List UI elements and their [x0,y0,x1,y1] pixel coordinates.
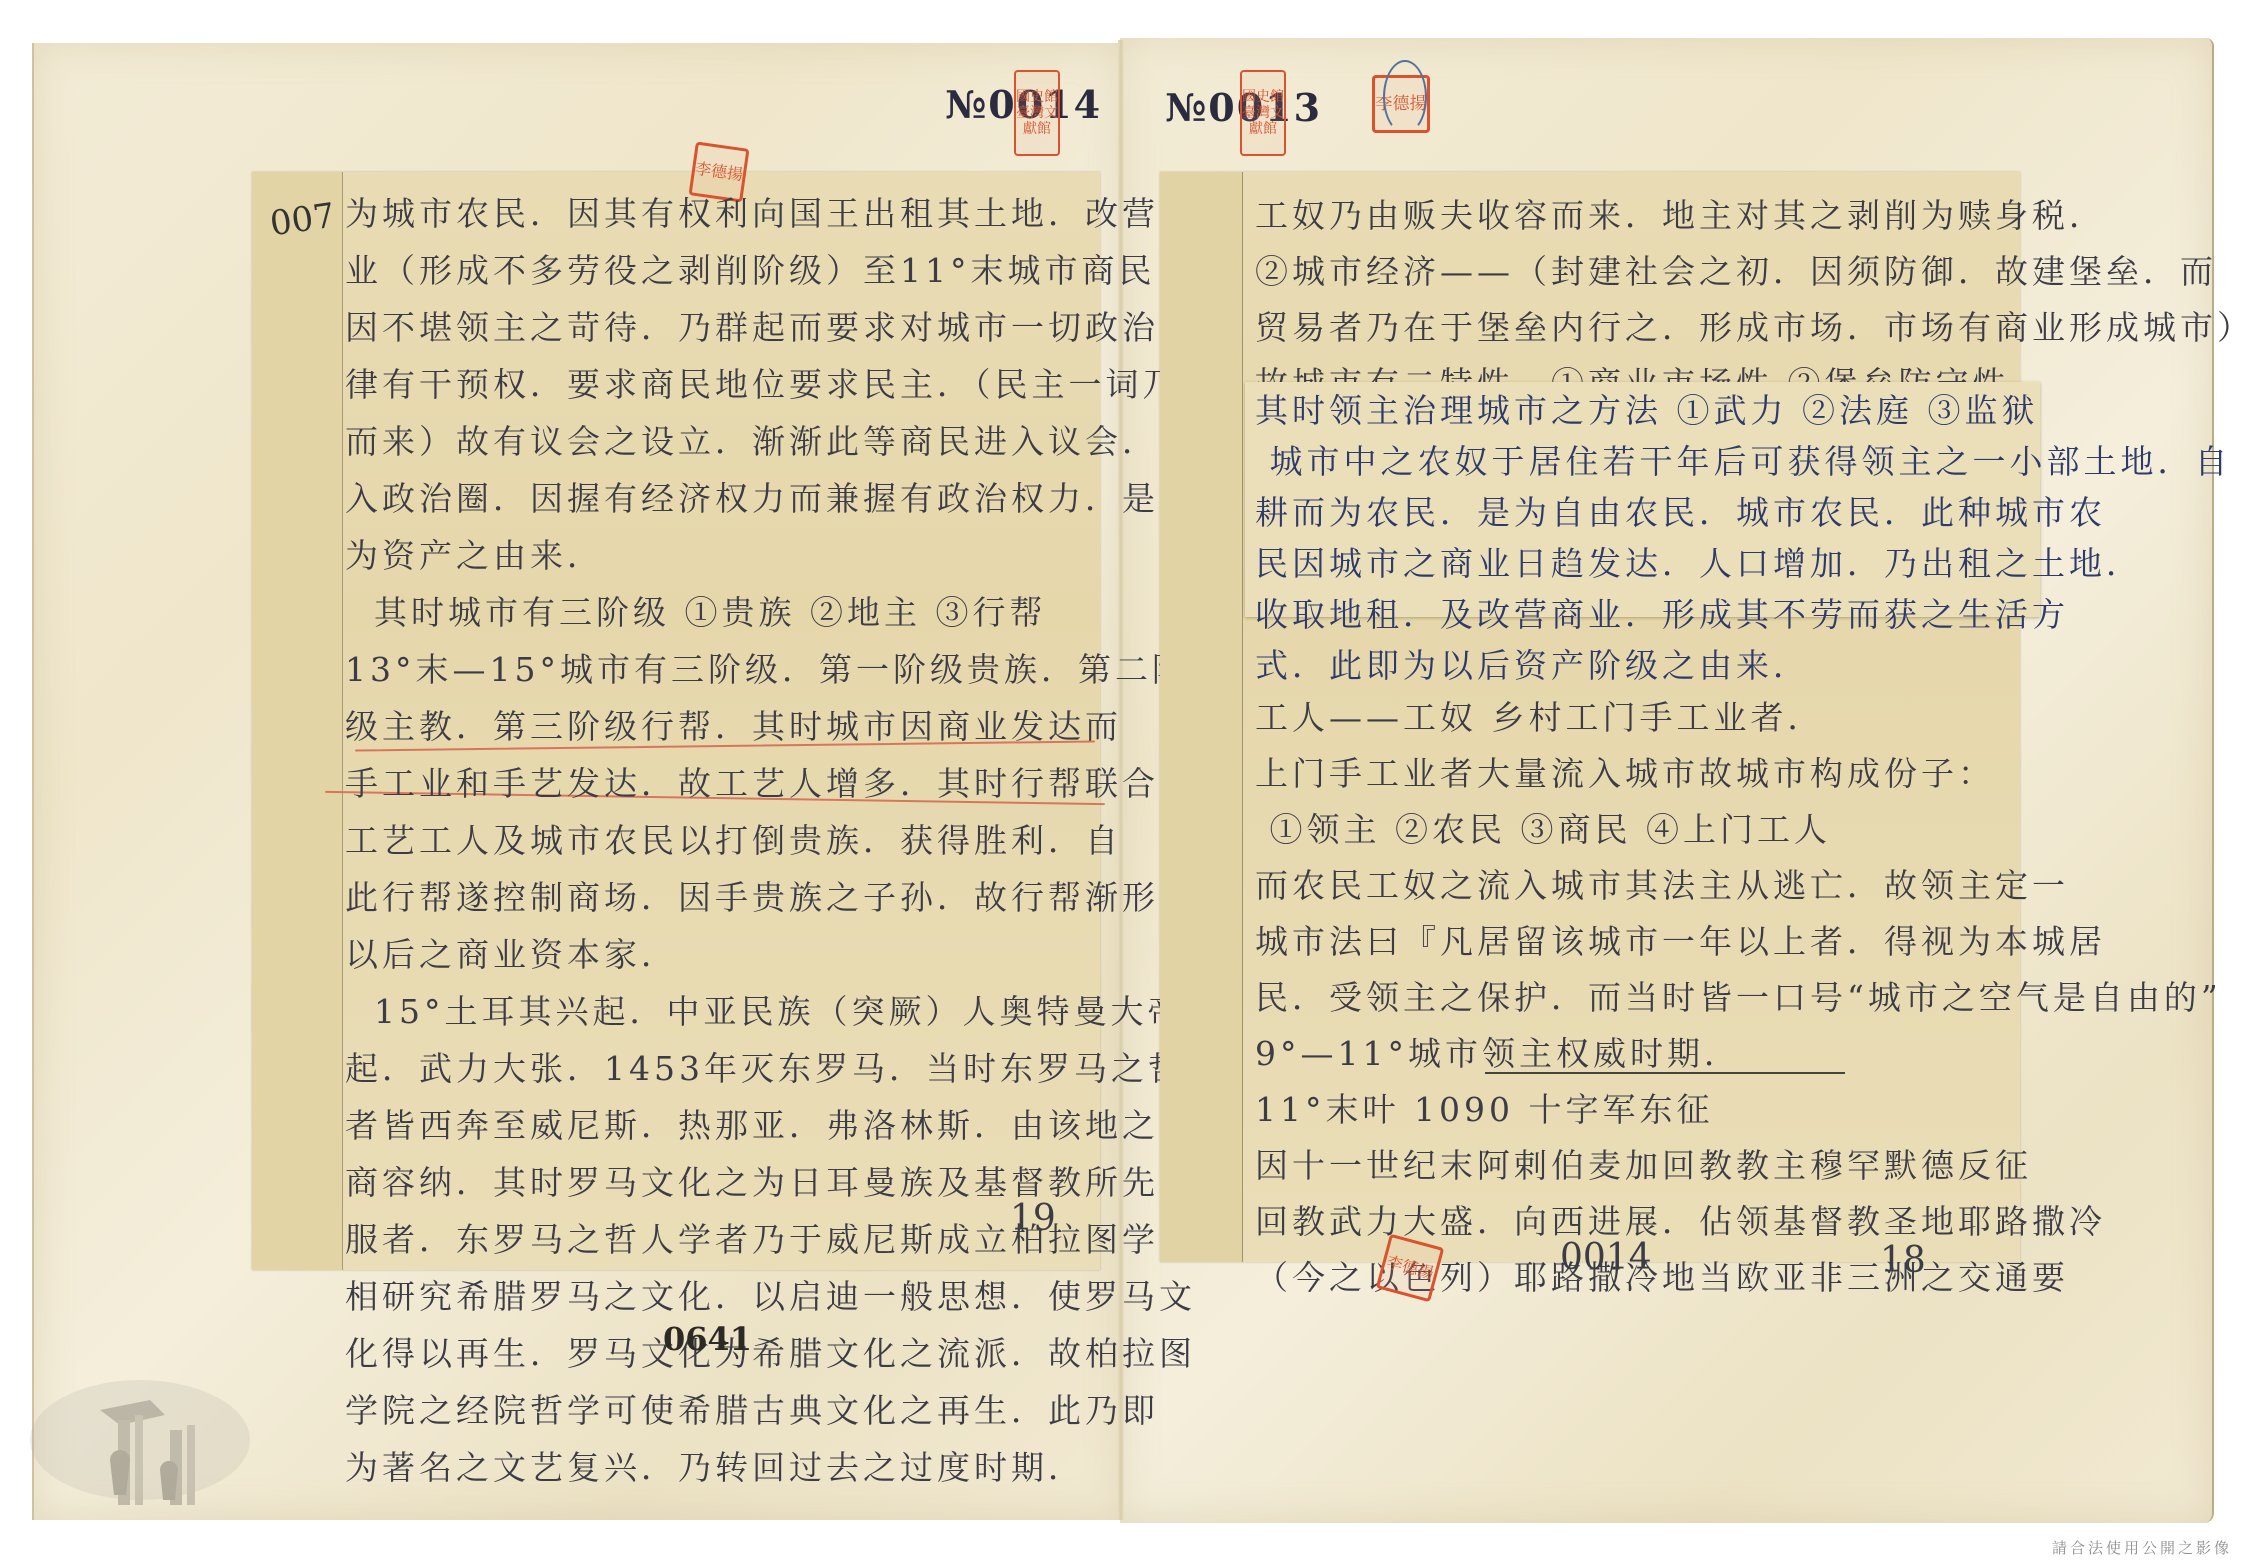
right-handwritten-text-bottom: 工人——工奴 乡村工门手工业者． 上门手工业者大量流入城市故城市构成份子： ①领… [1255,690,2222,1306]
left-slip-margin [252,172,343,1270]
pencil-circle-mark [1383,60,1427,134]
archive-logo-icon [30,1370,280,1520]
left-page-number: 19 [1010,1198,1056,1239]
right-handwritten-text-overlay: 其时领主治理城市之方法 ①武力 ②法庭 ③监狱 城市中之农奴于居住若干年后可获得… [1255,385,2232,691]
archive-number: 0641 [663,1320,752,1358]
right-page-number: 18 [1880,1240,1926,1281]
right-handwritten-number: 0014 [1560,1237,1652,1278]
right-handwritten-text-top: 工奴乃由贩夫收容而来．地主对其之剥削为赎身税． ②城市经济——（封建社会之初．因… [1255,188,2246,412]
handwritten-dash-line [1485,1072,1845,1074]
left-handwritten-text: 为城市农民．因其有权利向国王出租其土地．改营商 业（形成不多劳役之剥削阶级）至1… [345,185,1259,1496]
archive-seal-left: 國史館臺灣文獻館 [1014,70,1060,156]
copyright-notice: 請合法使用公開之影像 [2052,1537,2232,1558]
right-slip-margin [1160,172,1243,1262]
archive-seal-right: 國史館臺灣文獻館 [1240,70,1286,156]
